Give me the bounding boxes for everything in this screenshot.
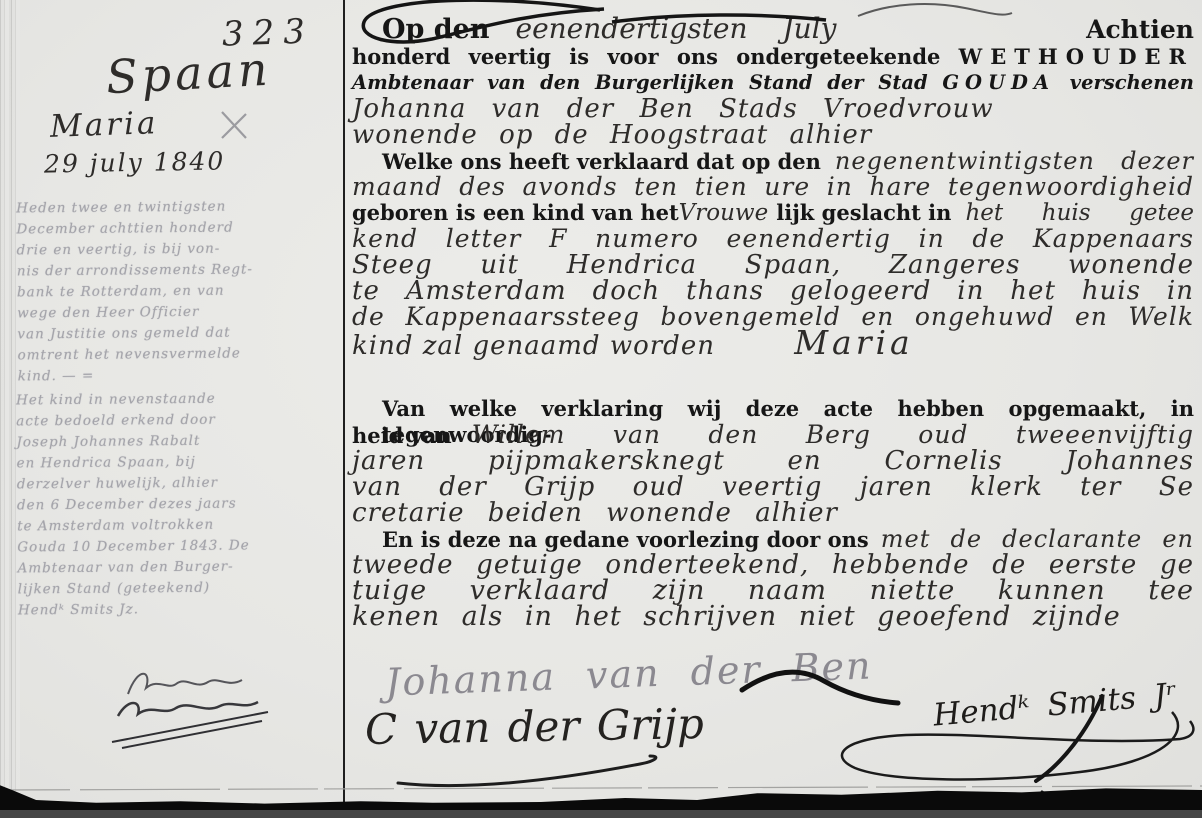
handwritten-birthdate: negenentwintigsten dezer (821, 148, 1194, 174)
margin-note-line: Hendᵏ Smits Jz. (18, 598, 343, 622)
main-column: Op den eenendertigsten July Achtien hond… (352, 14, 1194, 630)
witnesses-line-2: heid van Willem van den Berg oud tweeenv… (352, 422, 1194, 448)
margin-x-mark (222, 112, 246, 138)
paragraph-gap (352, 356, 1194, 396)
opening-line-2: honderd veertig is voor ons ondergeteeke… (352, 44, 1194, 70)
margin-note-line: omtrent het nevensvermelde (17, 343, 342, 367)
declaration-line-5: Steeg uit Hendrica Spaan, Zangeres wonen… (352, 252, 1194, 278)
witnesses-line-3: jaren pijpmakersknegt en Cornelis Johann… (352, 448, 1194, 474)
signature-witness: C van der Grijp (365, 703, 704, 751)
opening-line-3: Ambtenaar van den Burgerlijken Stand der… (352, 70, 1194, 96)
printed-geslacht: lijk geslacht in (768, 200, 951, 226)
margin-note-line: wege den Heer Officier (17, 301, 342, 325)
record-date: 29 july 1840 (44, 148, 226, 176)
margin-note-line: lijken Stand (geteekend) (18, 577, 343, 601)
margin-note-line: drie en veertig, is bij von- (17, 238, 342, 262)
handwritten-witness-1: Willem van den Berg oud tweeenvijftig (452, 422, 1194, 448)
handwritten-house-start: het huis getee (951, 200, 1194, 226)
printed-honderd-veertig: honderd veertig is voor ons ondergeteeke… (352, 44, 940, 69)
margin-note-line: bank te Rotterdam, en van (17, 280, 342, 304)
declaration-line-8: kind zal genaamd worden Maria (352, 330, 1194, 356)
margin-note-line: nis der arrondissements Regt- (17, 259, 342, 283)
handwritten-date: eenendertigsten July (490, 14, 1087, 44)
printed-achtien: Achtien (1086, 15, 1194, 45)
printed-geboren: geboren is een kind van het (352, 200, 679, 226)
margin-note-line: Ambtenaar van den Burger- (17, 556, 342, 580)
witnesses-line-4: van der Grijp oud veertig jaren klerk te… (352, 474, 1194, 500)
handwritten-gender: Vrouwe (679, 200, 769, 226)
paper-crease-line (0, 786, 1202, 790)
signature-official: Hendᵏ Smits Jʳ (932, 679, 1178, 731)
printed-op-den: Op den (352, 15, 490, 45)
margin-note-line: Joseph Johannes Rabalt (16, 430, 341, 454)
handwritten-declarant-line: Johanna van der Ben Stads Vroedvrouw (352, 96, 1194, 122)
handwritten-naming-phrase: kind zal genaamd worden (352, 331, 715, 361)
printed-wethouder: WETHOUDER (959, 44, 1194, 69)
witnesses-line-1: Van welke verklaring wij deze acte hebbe… (352, 396, 1194, 422)
scan-bottom-strip (0, 810, 1202, 818)
printed-verschenen: verschenen (1070, 71, 1194, 94)
margin-note-line: Heden twee en twintigsten (16, 196, 341, 220)
birth-record-scan: 323 Spaan Maria 29 july 1840 Heden twee … (0, 0, 1202, 818)
column-divider (343, 0, 345, 802)
margin-note-line: en Hendrica Spaan, bij (17, 451, 342, 475)
signature-declarant: Johanna van der Ben (384, 647, 873, 702)
printed-gouda: GOUDA (942, 71, 1055, 94)
handwritten-closing-1: met de declarante en (869, 526, 1194, 552)
child-name: Maria (794, 323, 913, 362)
margin-note-line: te Amsterdam voltrokken (17, 514, 342, 538)
declaration-line-4: kend letter F numero eenendertig in de K… (352, 226, 1194, 252)
declaration-line-7: de Kappenaarssteeg bovengemeld en ongehu… (352, 304, 1194, 330)
closing-line-1: En is deze na gedane voorlezing door ons… (352, 526, 1194, 552)
printed-ambtenaar: Ambtenaar van den Burgerlijken Stand der… (352, 71, 928, 94)
declaration-line-3: geboren is een kind van het Vrouwe lijk … (352, 200, 1194, 226)
handwritten-residence-line: wonende op de Hoogstraat alhier (352, 122, 1194, 148)
margin-paraph-scribble (112, 674, 268, 748)
margin-note-upper: Heden twee en twintigstenDecember achtti… (16, 196, 343, 388)
opening-line-1: Op den eenendertigsten July Achtien (352, 14, 1194, 44)
witnesses-line-5: cretarie beiden wonende alhier (352, 500, 1194, 526)
margin-note-line: acte bedoeld erkend door (16, 409, 341, 433)
margin-note-line: den 6 December dezes jaars (17, 493, 342, 517)
declaration-line-1: Welke ons heeft verklaard dat op den neg… (352, 148, 1194, 174)
margin-note-line: van Justitie ons gemeld dat (17, 322, 342, 346)
witness-signature-underline (398, 756, 656, 786)
margin-note-line: December achttien honderd (16, 217, 341, 241)
surname-header: Spaan (105, 46, 273, 101)
margin-note-line: Het kind in nevenstaande (16, 388, 341, 412)
declaration-line-6: te Amsterdam doch thans gelogeerd in het… (352, 278, 1194, 304)
margin-note-line: kind. — = (18, 364, 343, 388)
margin-note-line: derzelver huwelijk, alhier (17, 472, 342, 496)
margin-note-line: Gouda 10 December 1843. De (17, 535, 342, 559)
closing-line-4: kenen als in het schrijven niet geoefend… (352, 604, 1194, 630)
given-name: Maria (49, 108, 158, 143)
margin-note-lower: Het kind in nevenstaandeacte bedoeld erk… (16, 388, 343, 622)
declaration-line-2: maand des avonds ten tien ure in hare te… (352, 174, 1194, 200)
